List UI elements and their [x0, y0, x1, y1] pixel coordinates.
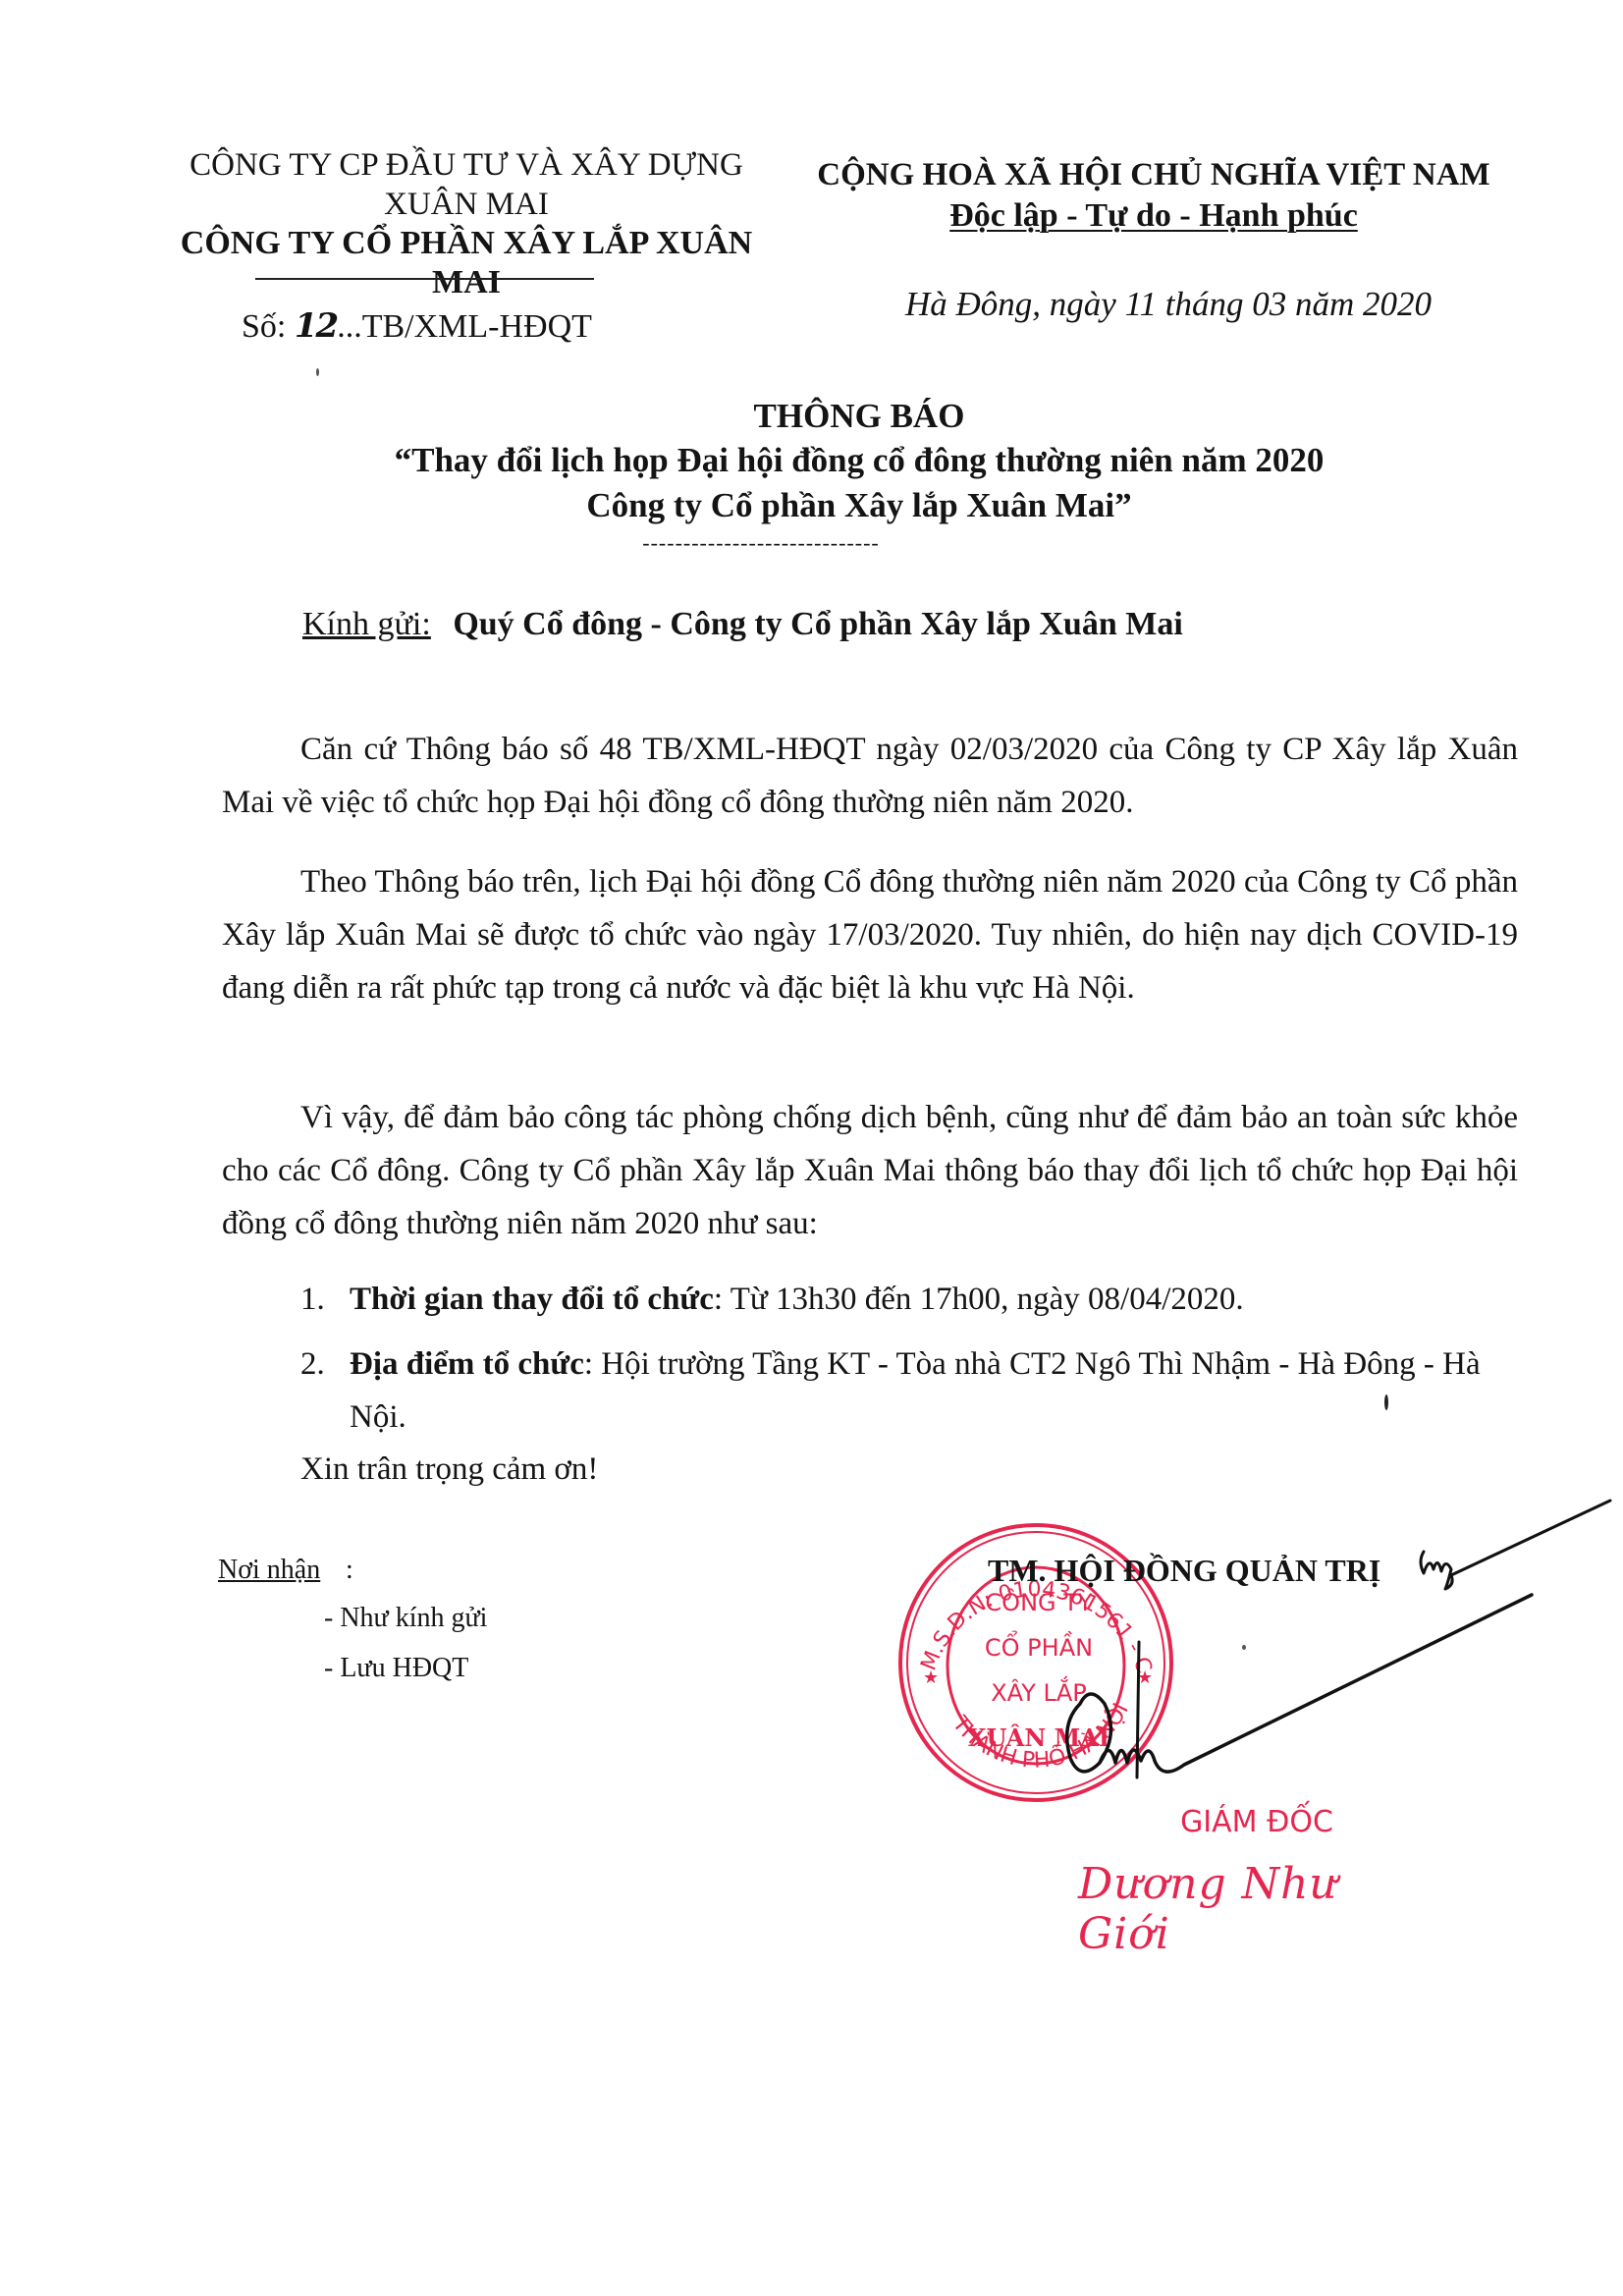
list-item-value: : Từ 13h30 đến 17h00, ngày 08/04/2020. [714, 1282, 1244, 1317]
place-and-date: Hà Đông, ngày 11 tháng 03 năm 2020 [864, 285, 1473, 324]
body-paragraph: Căn cứ Thông báo số 48 TB/XML-HĐQT ngày … [222, 723, 1518, 829]
list-item-key: Địa điểm tổ chức [350, 1346, 584, 1382]
document-number: Số: 12...TB/XML-HĐQT [242, 306, 592, 346]
number-suffix: ...TB/XML-HĐQT [337, 308, 592, 345]
signatory-name: Dương Như Giới [1078, 1859, 1432, 1959]
header-divider [255, 278, 594, 280]
closing-line: Xin trân trọng cảm ơn! [300, 1451, 598, 1488]
scan-speck [316, 368, 319, 376]
list-item-location: 2. Địa điểm tổ chức: Hội trường Tầng KT … [300, 1338, 1518, 1444]
company-name: CÔNG TY CỔ PHẦN XÂY LẮP XUÂN MAI [147, 224, 785, 302]
notice-subject-line1: “Thay đổi lịch họp Đại hội đồng cổ đông … [295, 438, 1424, 483]
distribution-item: - Lưu HĐQT [324, 1653, 468, 1684]
notice-subject-line2: Công ty Cổ phần Xây lắp Xuân Mai” [295, 483, 1424, 528]
notice-title: THÔNG BÁO “Thay đổi lịch họp Đại hội đồn… [295, 395, 1424, 528]
list-item-number: 2. [300, 1338, 325, 1391]
handwritten-number: 12 [295, 306, 337, 346]
distribution-label: Nơi nhận [218, 1555, 320, 1586]
addressee-value: Quý Cổ đông - Công ty Cổ phần Xây lắp Xu… [453, 606, 1182, 642]
notice-heading: THÔNG BÁO [295, 395, 1424, 438]
list-item-time: 1. Thời gian thay đổi tổ chức: Từ 13h30 … [300, 1273, 1518, 1326]
addressee-label: Kính gửi: [302, 606, 431, 642]
title-divider: ----------------------------- [466, 530, 1055, 556]
national-motto: Độc lập - Tự do - Hạnh phúc [949, 197, 1358, 234]
body-paragraph: Theo Thông báo trên, lịch Đại hội đồng C… [222, 855, 1518, 1014]
addressee: Kính gửi: Quý Cổ đông - Công ty Cổ phần … [302, 606, 1183, 643]
parent-company-line2: XUÂN MAI [147, 185, 785, 224]
body-paragraph: Vì vậy, để đảm bảo công tác phòng chống … [222, 1091, 1518, 1250]
svg-text:★: ★ [923, 1667, 939, 1687]
scan-speck [1384, 1394, 1388, 1410]
distribution-label-colon: : [346, 1555, 353, 1586]
parent-company-line1: CÔNG TY CP ĐẦU TƯ VÀ XÂY DỰNG [147, 145, 785, 185]
list-item-key: Thời gian thay đổi tổ chức [350, 1282, 714, 1317]
signatory-role: GIÁM ĐỐC [1159, 1805, 1355, 1839]
handwritten-signature-icon [1021, 1493, 1620, 1787]
number-prefix: Số: [242, 308, 286, 345]
list-item-number: 1. [300, 1273, 325, 1326]
national-header: CỘNG HOÀ XÃ HỘI CHỦ NGHĨA VIỆT NAM Độc l… [785, 155, 1522, 238]
distribution-item: - Như kính gửi [324, 1603, 487, 1634]
nation-name: CỘNG HOÀ XÃ HỘI CHỦ NGHĨA VIỆT NAM [785, 155, 1522, 194]
